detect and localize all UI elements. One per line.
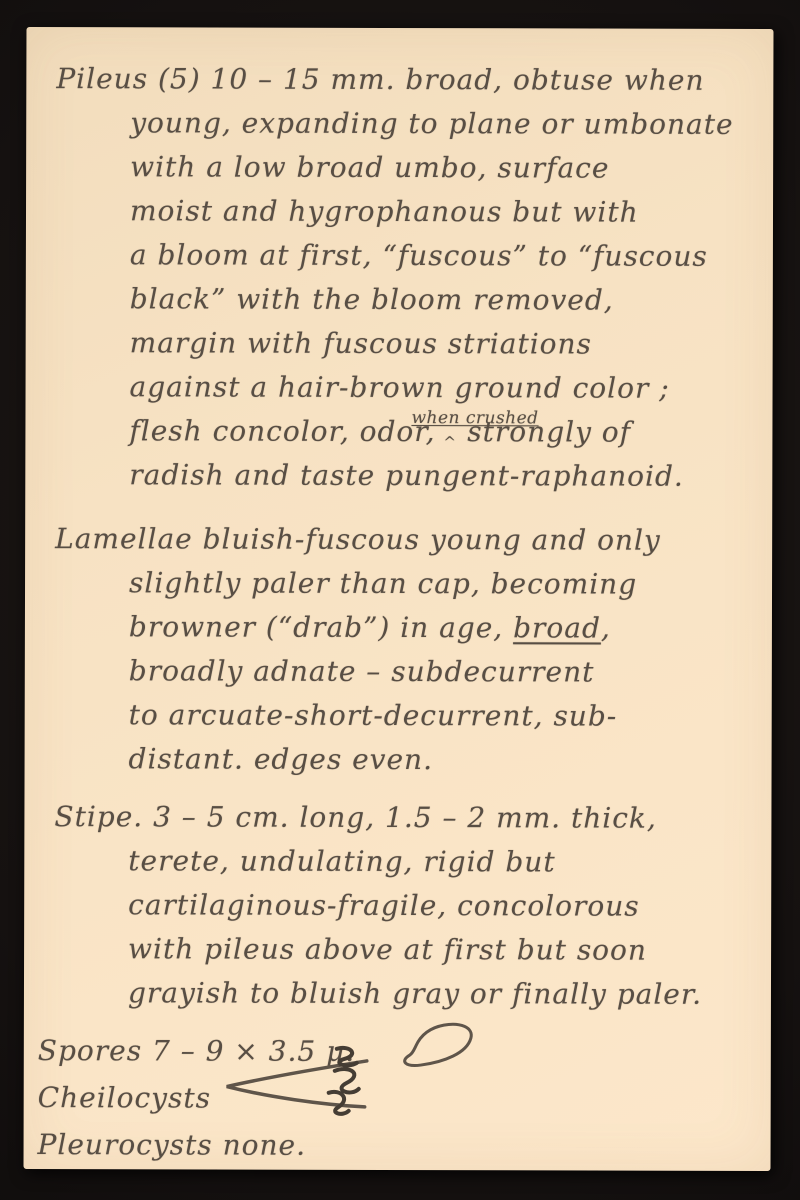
odor-line-before: flesh concolor, odor, [129,414,435,448]
handwritten-line: slightly paler than cap, becoming [25,561,772,607]
stipe-paragraph: Stipe. 3 – 5 cm. long, 1.5 – 2 mm. thick… [24,781,772,1017]
cheilocystidium-sketch [217,1044,377,1124]
insertion-text: when crushed [411,410,538,427]
cheilocysts-row: Cheilocysts [24,1074,771,1123]
underlined-word: broad [513,611,601,644]
pileus-paragraph: Pileus (5) 10 – 15 mm. broad, obtuse whe… [25,27,773,499]
broad-line-after: , [601,612,611,645]
interline-insertion: when crushed ^ [445,410,457,454]
pleurocysts-row: Pleurocysts none. [24,1121,771,1170]
handwritten-line: distant. edges even. [25,737,772,783]
handwritten-line: Lamellae bluish-fuscous young and only [25,517,772,563]
handwritten-line: grayish to bluish gray or finally paler. [24,971,771,1017]
handwritten-line: against a hair-brown ground color ; [25,365,772,411]
handwritten-line: a bloom at first, “fuscous” to “fuscous [26,233,773,279]
handwritten-line: cartilaginous-fragile, concolorous [24,883,771,929]
handwritten-line: broadly adnate – subdecurrent [25,649,772,695]
cheilocysts-label: Cheilocysts [38,1081,211,1114]
handwritten-line: moist and hygrophanous but with [26,189,773,235]
note-card: Pileus (5) 10 – 15 mm. broad, obtuse whe… [24,27,774,1171]
spores-row: Spores 7 – 9 × 3.5 µ. [24,1027,771,1076]
handwritten-line: Stipe. 3 – 5 cm. long, 1.5 – 2 mm. thick… [24,795,771,841]
handwritten-line-broad: browner (“drab”) in age, broad, [25,605,772,651]
handwritten-line: black” with the bloom removed, [26,277,773,323]
handwritten-line: to arcuate-short-decurrent, sub- [25,693,772,739]
handwritten-line: terete, undulating, rigid but [24,839,771,885]
lamellae-paragraph: Lamellae bluish-fuscous young and only s… [25,497,773,783]
handwritten-line: margin with fuscous striations [26,321,773,367]
handwritten-line: with a low broad umbo, surface [26,145,773,191]
caret-mark: ^ [443,435,457,450]
handwritten-line: Pileus (5) 10 – 15 mm. broad, obtuse whe… [26,57,773,103]
handwritten-line: with pileus above at first but soon [24,927,771,973]
handwritten-line: young, expanding to plane or umbonate [26,101,773,147]
handwritten-line: radish and taste pungent-raphanoid. [25,453,772,499]
broad-line-before: browner (“drab”) in age, [129,610,513,644]
photo-background: Pileus (5) 10 – 15 mm. broad, obtuse whe… [0,0,800,1200]
spore-outline-sketch [397,1018,481,1072]
microscopy-section: Spores 7 – 9 × 3.5 µ. Cheilocysts Pleuro… [24,1015,771,1170]
pleurocysts-label: Pleurocysts none. [38,1128,307,1162]
handwritten-line-odor: flesh concolor, odor, when crushed ^ str… [25,409,772,455]
